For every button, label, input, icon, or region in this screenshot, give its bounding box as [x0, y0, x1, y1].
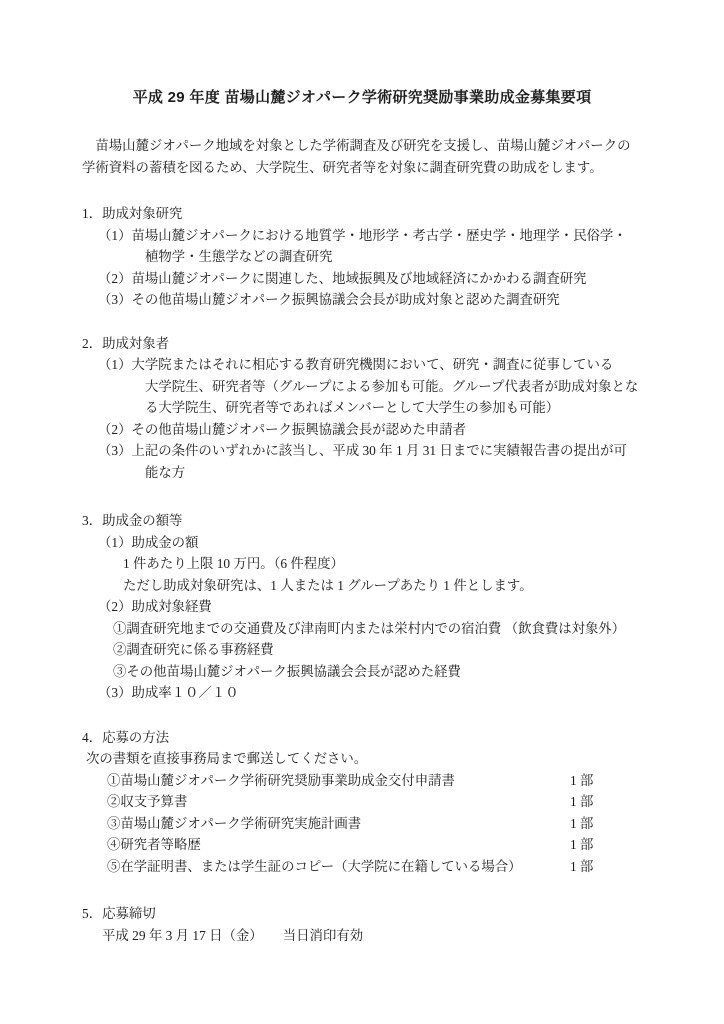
section-5-heading: 5．応募締切: [82, 903, 642, 925]
deadline-date: 平成 29 年 3 月 17 日（金） 当日消印有効: [102, 925, 642, 947]
attachment-row: ⑤在学証明書、または学生証のコピー（大学院に在籍している場合） 1 部: [107, 856, 642, 878]
text-line: （2）苗場山麓ジオパークに関連した、地域振興及び地域経済にかかわる調査研究: [98, 268, 642, 290]
intro-paragraph: 苗場山麓ジオパーク地域を対象とした学術調査及び研究を支援し、苗場山麓ジオパークの…: [82, 135, 642, 178]
document-page: 平成 29 年度 苗場山麓ジオパーク学術研究奨励事業助成金募集要項 苗場山麓ジオ…: [0, 0, 724, 1024]
section-1-heading: 1．助成対象研究: [82, 203, 642, 225]
attachment-count: 1 部: [570, 770, 593, 792]
text-line: （1）苗場山麓ジオパークにおける地質学・地形学・考古学・歴史学・地理学・民俗学・: [98, 225, 642, 247]
text-line: （3）助成率１０／１０: [98, 682, 642, 704]
text-line: 植物学・生態学などの調査研究: [145, 246, 642, 268]
attachment-label: ②収支予算書: [107, 794, 187, 809]
section-application-deadline: 5．応募締切 平成 29 年 3 月 17 日（金） 当日消印有効: [82, 903, 642, 946]
text-line: ③その他苗場山麓ジオパーク振興協議会会長が認めた経費: [113, 661, 642, 683]
section-grant-target-research: 1．助成対象研究 （1）苗場山麓ジオパークにおける地質学・地形学・考古学・歴史学…: [82, 203, 642, 311]
page-title: 平成 29 年度 苗場山麓ジオパーク学術研究奨励事業助成金募集要項: [82, 87, 642, 109]
attachment-count: 1 部: [570, 856, 593, 878]
section-application-method: 4．応募の方法 次の書類を直接事務局まで郵送してください。 ①苗場山麓ジオパーク…: [82, 727, 642, 878]
text-line: （3）その他苗場山麓ジオパーク振興協議会会長が助成対象と認めた調査研究: [98, 289, 642, 311]
section-eligible-applicants: 2．助成対象者 （1）大学院またはそれに相応する教育研究機関において、研究・調査…: [82, 333, 642, 484]
attachment-label: ①苗場山麓ジオパーク学術研究奨励事業助成金交付申請書: [107, 773, 455, 788]
attachment-label: ④研究者等略歴: [107, 837, 201, 852]
text-line: ②調査研究に係る事務経費: [113, 639, 642, 661]
text-line: る大学院生、研究者等であればメンバーとして大学生の参加も可能）: [145, 397, 642, 419]
application-lead-text: 次の書類を直接事務局まで郵送してください。: [86, 748, 642, 770]
text-line: （2）その他苗場山麓ジオパーク振興協議会長が認めた申請者: [98, 419, 642, 441]
text-line: 1 件あたり上限 10 万円。（6 件程度）: [123, 553, 642, 575]
attachment-row: ④研究者等略歴 1 部: [107, 834, 642, 856]
text-line: （1）大学院またはそれに相応する教育研究機関において、研究・調査に従事している: [98, 354, 642, 376]
text-line: ただし助成対象研究は、1 人または 1 グループあたり 1 件とします。: [123, 575, 642, 597]
section-grant-amount: 3．助成金の額等 （1）助成金の額 1 件あたり上限 10 万円。（6 件程度）…: [82, 510, 642, 704]
section-4-heading: 4．応募の方法: [82, 727, 642, 749]
section-2-heading: 2．助成対象者: [82, 333, 642, 355]
text-line: （1）助成金の額: [98, 532, 642, 554]
attachment-row: ②収支予算書 1 部: [107, 791, 642, 813]
text-line: ①調査研究地までの交通費及び津南町内または栄村内での宿泊費 （飲食費は対象外）: [113, 618, 642, 640]
attachment-label: ⑤在学証明書、または学生証のコピー（大学院に在籍している場合）: [107, 859, 522, 874]
intro-line: 苗場山麓ジオパーク地域を対象とした学術調査及び研究を支援し、苗場山麓ジオパークの: [82, 135, 642, 157]
attachment-label: ③苗場山麓ジオパーク学術研究実施計画書: [107, 816, 361, 831]
attachment-count: 1 部: [570, 834, 593, 856]
text-line: （3）上記の条件のいずれかに該当し、平成 30 年 1 月 31 日までに実績報…: [98, 440, 642, 462]
text-line: （2）助成対象経費: [98, 596, 642, 618]
attachment-count: 1 部: [570, 791, 593, 813]
text-line: 大学院生、研究者等（グループによる参加も可能。グループ代表者が助成対象とな: [145, 376, 642, 398]
intro-line: 学術資料の蓄積を図るため、大学院生、研究者等を対象に調査研究費の助成をします。: [82, 157, 642, 179]
attachment-row: ③苗場山麓ジオパーク学術研究実施計画書 1 部: [107, 813, 642, 835]
attachment-count: 1 部: [570, 813, 593, 835]
attachment-row: ①苗場山麓ジオパーク学術研究奨励事業助成金交付申請書 1 部: [107, 770, 642, 792]
section-3-heading: 3．助成金の額等: [82, 510, 642, 532]
text-line: 能な方: [145, 462, 642, 484]
